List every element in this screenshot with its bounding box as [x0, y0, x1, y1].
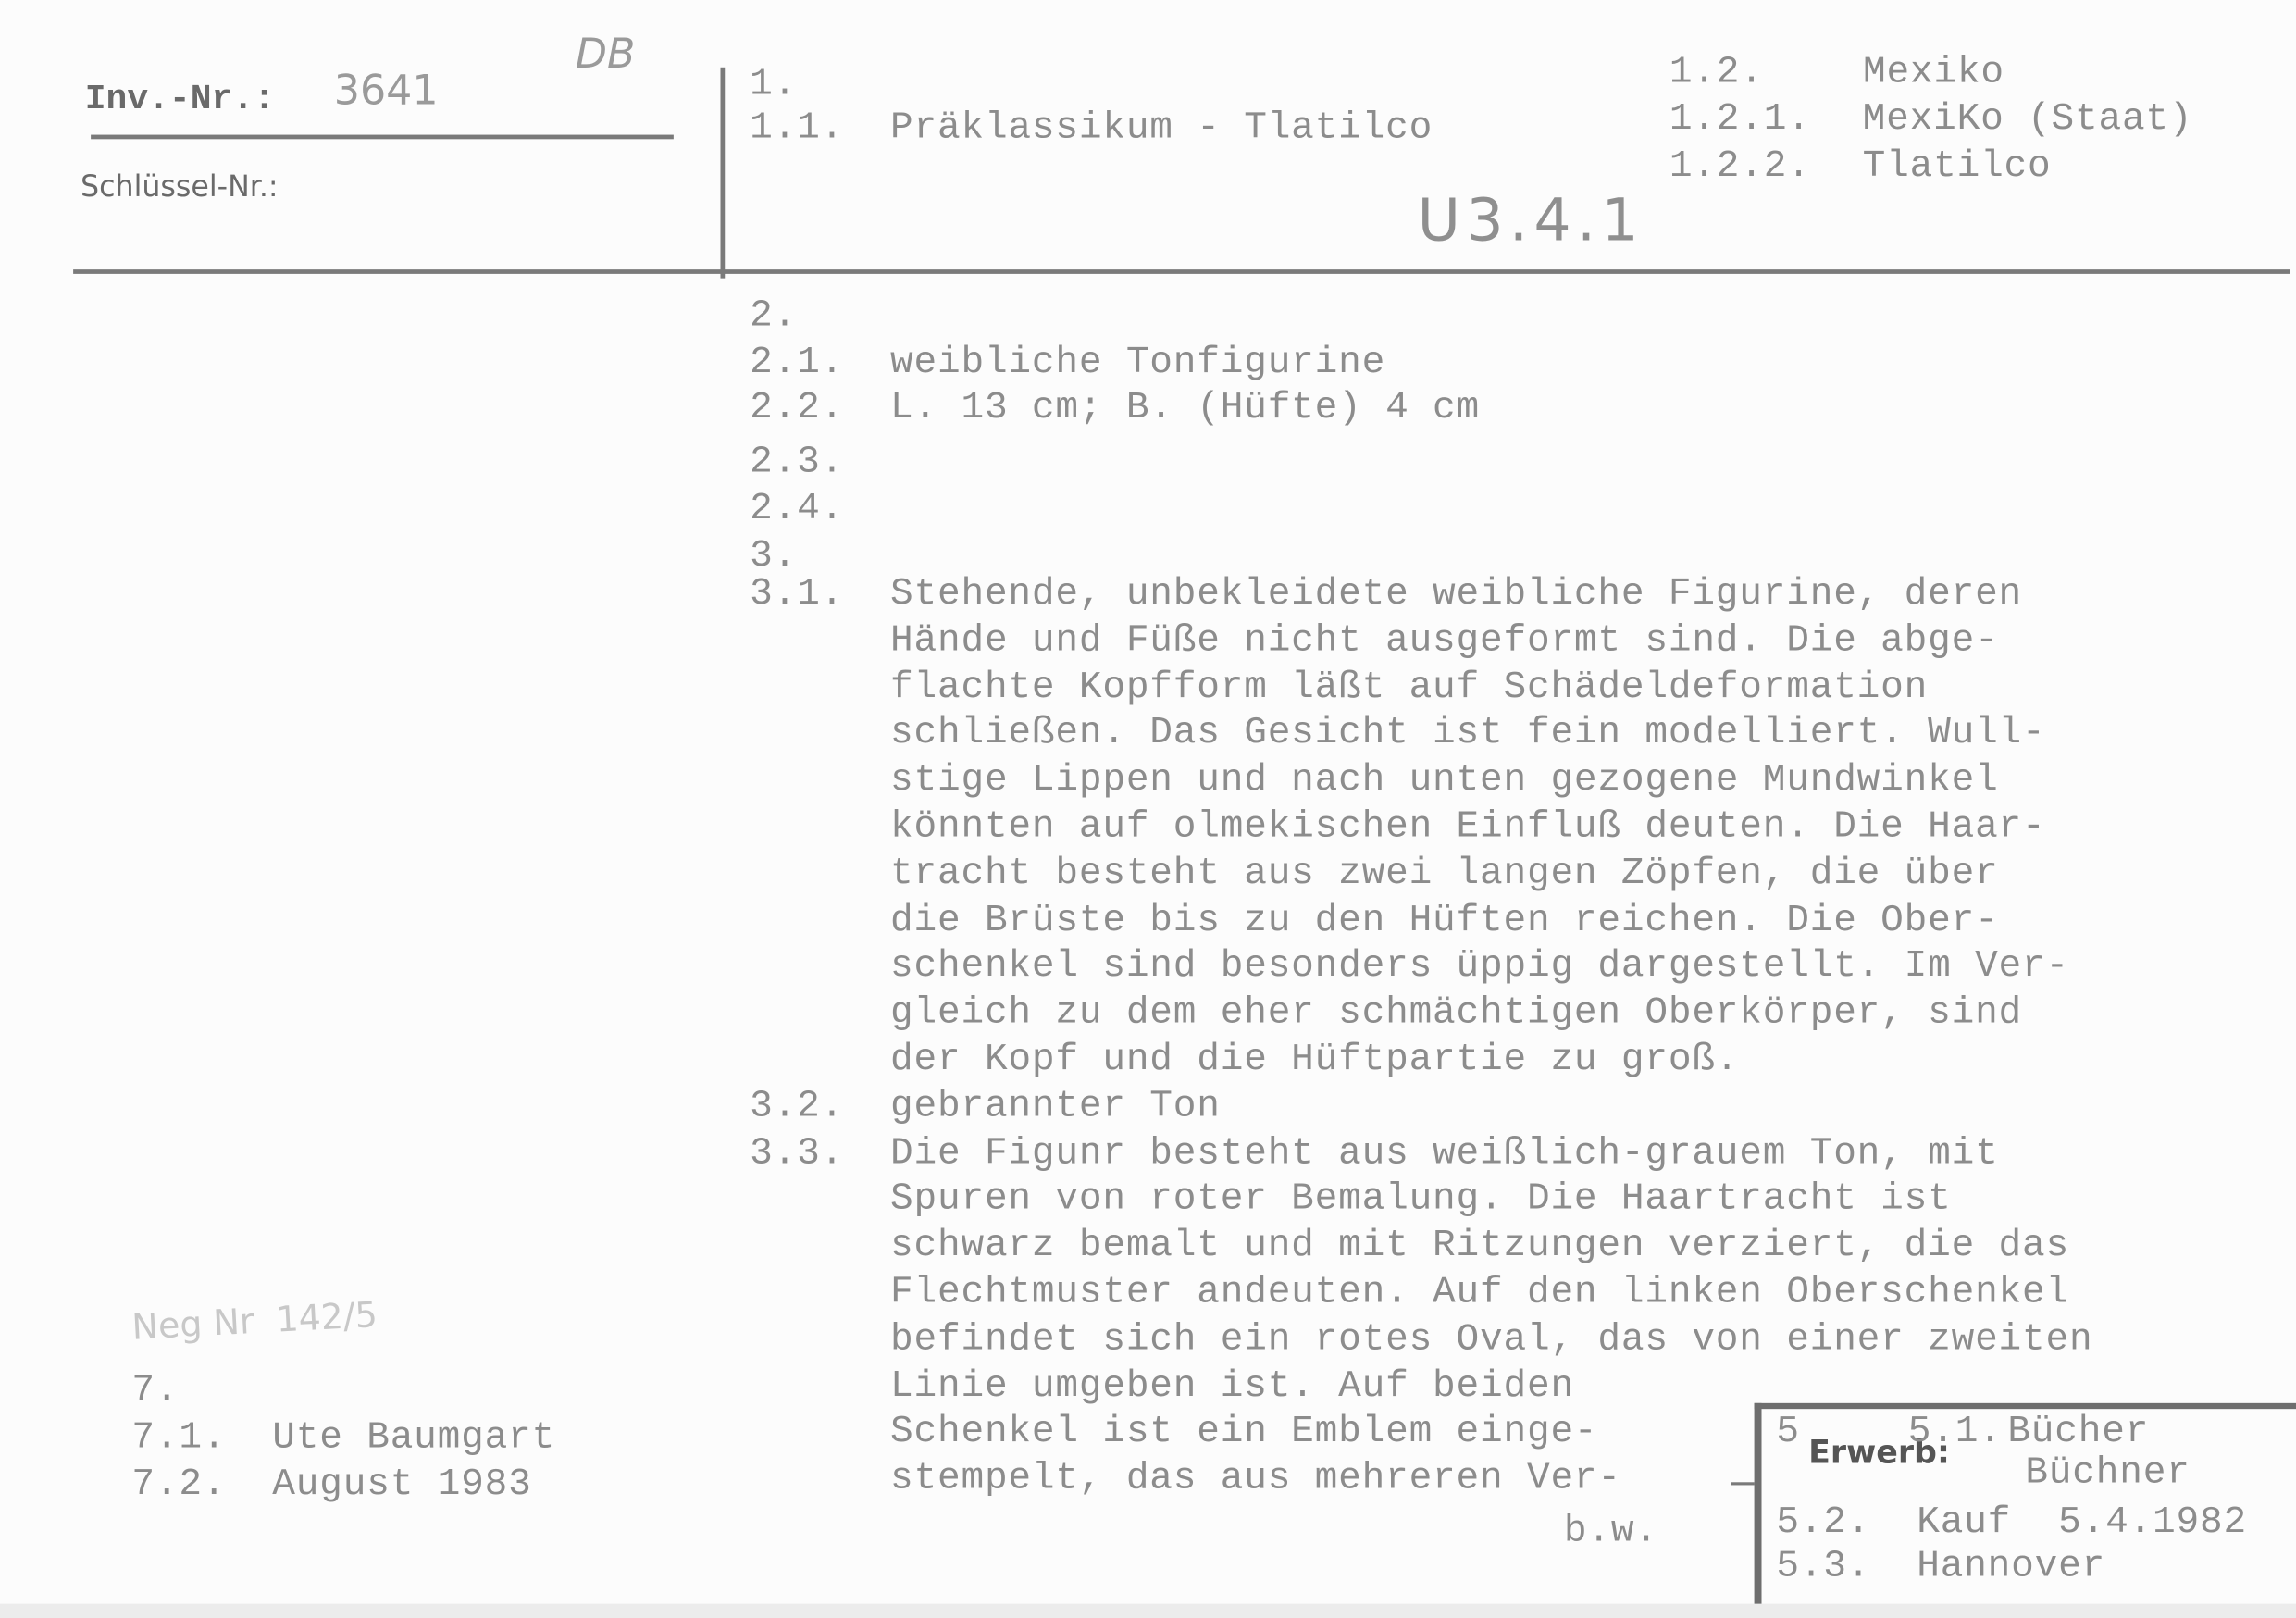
acq-51-text2: Büchner	[2025, 1450, 2190, 1493]
acq-53-text: Hannover	[1917, 1544, 2105, 1587]
s71-num: 7.1.	[131, 1415, 226, 1459]
s72-num: 7.2.	[131, 1462, 226, 1505]
classification-code: U3.4.1	[1418, 188, 1644, 255]
key-number-label: Schlüssel-Nr.:	[81, 168, 279, 204]
s71-text: Ute Baumgart	[272, 1415, 555, 1459]
s122-text: Tlatilco	[1863, 143, 2052, 187]
acq-section-num: 5	[1776, 1409, 1799, 1452]
row-number: 3.2.	[750, 1084, 844, 1127]
row-number: 3.1.	[750, 571, 844, 615]
header-rule	[73, 269, 2290, 274]
header-divider	[720, 68, 725, 279]
row-text: Spuren von roter Bemalung. Die Haartrach…	[890, 1176, 1952, 1220]
row-text: der Kopf und die Hüftpartie zu groß.	[890, 1037, 1739, 1080]
acq-51-text: Bücher	[2007, 1409, 2149, 1452]
s7-num: 7.	[131, 1368, 179, 1412]
row-number: 2.1.	[750, 340, 844, 383]
acquisition-box: 5 Erwerb: 5.1. Bücher Büchner 5.2. Kauf …	[1755, 1403, 2296, 1614]
row-text: Die Figunr besteht aus weißlich-grauem T…	[890, 1130, 1999, 1174]
inv-number-value: 3641	[334, 66, 439, 114]
row-number: 3.3.	[750, 1130, 844, 1174]
row-text: Stehende, unbekleidete weibliche Figurin…	[890, 571, 2022, 615]
inv-underline	[91, 135, 674, 140]
row-text: Schenkel ist ein Emblem einge-	[890, 1410, 1597, 1453]
s11-num: 1.1.	[750, 106, 844, 149]
row-text: gebrannter Ton	[890, 1084, 1221, 1127]
row-text: flachte Kopfform läßt auf Schädeldeforma…	[890, 665, 1928, 708]
s11-text: Präklassikum - Tlatilco	[890, 106, 1433, 149]
acq-51-num: 5.1.	[1908, 1409, 2003, 1452]
s121-text: MexiKo (Staat)	[1863, 96, 2193, 140]
row-text: tracht besteht aus zwei langen Zöpfen, d…	[890, 851, 1999, 894]
row-number: 2.	[750, 292, 797, 336]
box-tick	[1731, 1482, 1754, 1485]
s121-num: 1.2.1.	[1669, 96, 1811, 140]
row-text: stige Lippen und nach unten gezogene Mun…	[890, 757, 1999, 801]
row-number: 2.3.	[750, 440, 844, 483]
scan-edge	[0, 1604, 2296, 1618]
row-number: 2.4.	[750, 486, 844, 529]
continued-note: b.w.	[1564, 1509, 1658, 1552]
row-text: stempelt, das aus mehreren Ver-	[890, 1456, 1621, 1500]
row-text: gleich zu dem eher schmächtigen Oberkörp…	[890, 990, 2022, 1034]
inv-number-label: Inv.-Nr.:	[85, 81, 275, 120]
acq-52-num: 5.2.	[1776, 1500, 1870, 1543]
row-text: befindet sich ein rotes Oval, das von ei…	[890, 1316, 2092, 1360]
row-text: L. 13 cm; B. (Hüfte) 4 cm	[890, 385, 1480, 429]
row-text: schenkel sind besonders üppig dargestell…	[890, 944, 2069, 988]
row-text: Linie umgeben ist. Auf beiden	[890, 1363, 1574, 1406]
row-number: 2.2.	[750, 385, 844, 429]
acq-53-num: 5.3.	[1776, 1544, 1870, 1587]
s72-text: August 1983	[272, 1462, 531, 1505]
row-text: schwarz bemalt und mit Ritzungen verzier…	[890, 1224, 2069, 1267]
row-text: schließen. Das Gesicht ist fein modellie…	[890, 711, 2045, 754]
row-text: könnten auf olmekischen Einfluß deuten. …	[890, 804, 2045, 848]
acq-52-text: Kauf 5.4.1982	[1917, 1500, 2247, 1543]
s12-num: 1.2.	[1669, 50, 1764, 93]
row-text: die Brüste bis zu den Hüften reichen. Di…	[890, 897, 1999, 940]
initials-mark: DB	[576, 30, 636, 78]
s1-num: 1.	[750, 61, 797, 105]
index-card: Inv.-Nr.: 3641 DB Schlüssel-Nr.: 1. 1.1.…	[0, 0, 2296, 1618]
row-text: Hände und Füße nicht ausgeformt sind. Di…	[890, 617, 1999, 661]
negative-number: Neg Nr 142/5	[130, 1294, 379, 1348]
row-text: weibliche Tonfigurine	[890, 340, 1385, 383]
s12-text: Mexiko	[1816, 50, 2004, 93]
row-text: Flechtmuster andeuten. Auf den linken Ob…	[890, 1270, 2069, 1313]
s122-num: 1.2.2.	[1669, 143, 1811, 187]
